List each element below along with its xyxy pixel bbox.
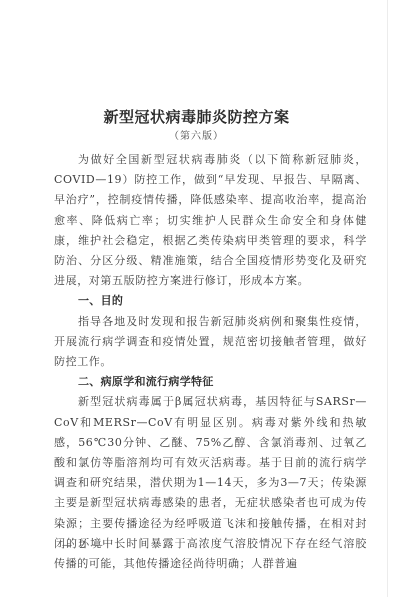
document-page: 新型冠状病毒肺炎防控方案 （第六版） 为做好全国新型冠状病毒肺炎（以下简称新冠肺…	[0, 0, 393, 597]
section-paragraph-purpose: 指导各地及时发现和报告新冠肺炎病例和聚集性疫情，开展流行病学调查和疫情处置，规范…	[54, 312, 367, 373]
intro-paragraph: 为做好全国新型冠状病毒肺炎（以下简称新冠肺炎，COVID—19）防控工作，做到“…	[54, 150, 367, 291]
section-heading-purpose: 一、目的	[54, 291, 367, 311]
document-subtitle: （第六版）	[0, 127, 393, 142]
page-number: — 2 —	[62, 540, 105, 551]
document-title: 新型冠状病毒肺炎防控方案	[0, 106, 393, 127]
section-heading-etiology: 二、病原学和流行病学特征	[54, 372, 367, 392]
page-edge-divider	[387, 0, 388, 597]
document-body: 为做好全国新型冠状病毒肺炎（以下简称新冠肺炎，COVID—19）防控工作，做到“…	[54, 150, 367, 574]
